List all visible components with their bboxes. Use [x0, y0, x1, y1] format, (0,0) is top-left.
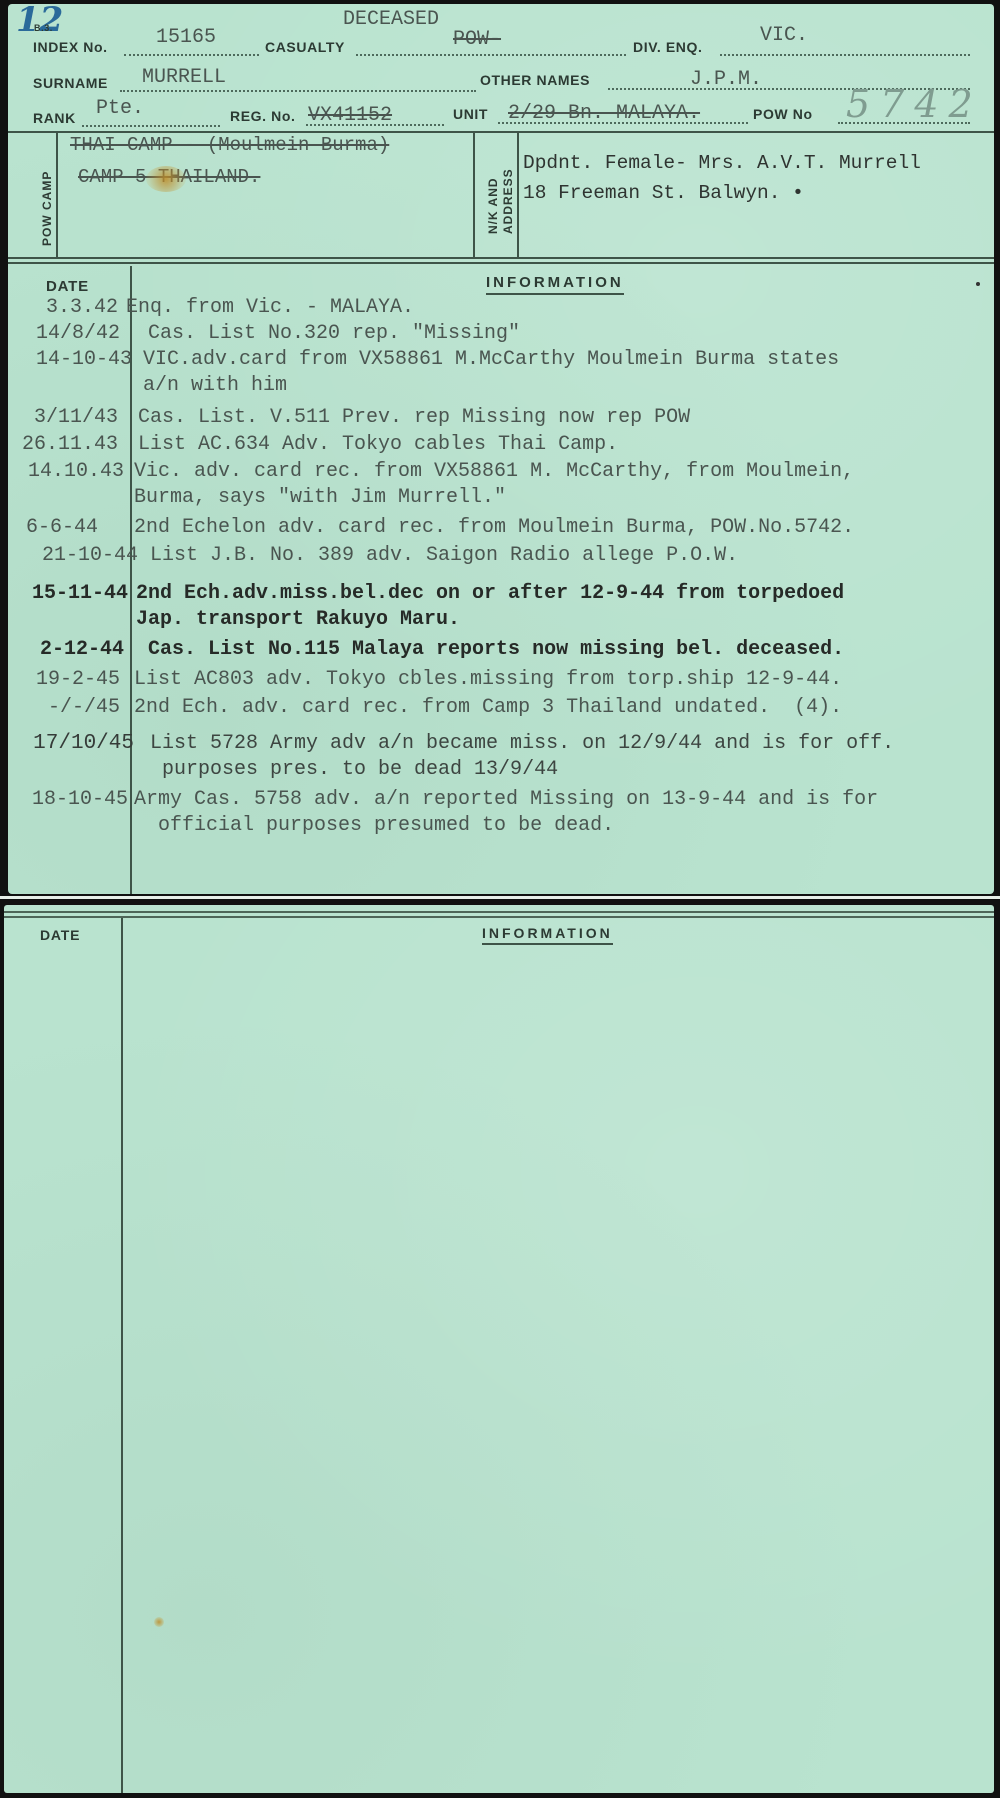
entry-text: 2nd Ech.adv.miss.bel.dec on or after 12-…	[136, 582, 844, 605]
ink-dot	[976, 282, 980, 286]
reg-no-value: VX41152	[308, 104, 392, 127]
entry-date: 15-11-44	[32, 582, 128, 605]
index-no-label: INDEX No.	[33, 39, 108, 55]
entry-text: Cas. List No.115 Malaya reports now miss…	[136, 638, 844, 661]
reg-no-label: REG. No.	[230, 108, 295, 124]
nk-address-label-line2: ADDRESS	[501, 168, 515, 234]
entry-text: Cas. List No.320 rep. "Missing"	[136, 322, 520, 345]
entry-text: List 5728 Army adv a/n became miss. on 1…	[138, 732, 894, 755]
entry-text: Jap. transport Rakuyo Maru.	[136, 608, 460, 631]
handwritten-corner-mark: 12	[16, 0, 63, 40]
pow-camp-label-divider	[56, 133, 58, 259]
nk-address-label-divider	[517, 133, 519, 259]
entry-date: 14/8/42	[36, 322, 120, 345]
entry-text: List AC803 adv. Tokyo cbles.missing from…	[134, 668, 842, 691]
casualty-value-struck: POW-	[453, 28, 501, 51]
entry-text: official purposes presumed to be dead.	[134, 814, 614, 837]
entry-text: Army Cas. 5758 adv. a/n reported Missing…	[134, 788, 878, 811]
casualty-dotted-line	[356, 54, 626, 56]
entry-date: 19-2-45	[36, 668, 120, 691]
entry-text: 2nd Ech. adv. card rec. from Camp 3 Thai…	[134, 696, 842, 719]
date-info-divider	[121, 918, 123, 1793]
entry-text: VIC.adv.card from VX58861 M.McCarthy Mou…	[143, 348, 839, 371]
entry-date: 18-10-45	[32, 788, 128, 811]
entry-date: -/-/45	[48, 696, 120, 719]
entry-text: List J.B. No. 389 adv. Saigon Radio alle…	[138, 544, 738, 567]
stain-mark	[146, 166, 186, 192]
rank-value: Pte.	[96, 97, 144, 120]
entry-date: 6-6-44	[26, 516, 98, 539]
date-column-header: DATE	[40, 927, 80, 943]
pow-no-label: POW No	[753, 106, 813, 122]
surname-label: SURNAME	[33, 75, 108, 91]
div-enq-value: VIC.	[760, 24, 808, 47]
top-double-rule-1	[4, 911, 994, 913]
entry-text: Vic. adv. card rec. from VX58861 M. McCa…	[134, 460, 854, 483]
entry-text: List AC.634 Adv. Tokyo cables Thai Camp.	[138, 433, 618, 456]
other-names-value: J.P.M.	[690, 68, 762, 91]
entry-date: 17/10/45	[33, 732, 134, 755]
entry-date: 21-10-44	[42, 544, 138, 567]
entry-date: 14.10.43	[28, 460, 124, 483]
entry-date: 14-10-43	[36, 348, 132, 371]
casualty-label: CASUALTY	[265, 39, 345, 55]
nk-address-left-divider	[473, 133, 475, 259]
information-column-header: INFORMATION	[482, 925, 613, 945]
surname-value: MURRELL	[142, 66, 226, 89]
surname-dotted-line	[120, 90, 476, 92]
index-no-value: 15165	[156, 26, 216, 49]
section-double-rule-top	[8, 257, 994, 259]
entry-date: 2-12-44	[40, 638, 124, 661]
div-enq-dotted-line	[720, 54, 970, 56]
div-enq-label: DIV. ENQ.	[633, 39, 702, 55]
other-names-label: OTHER NAMES	[480, 72, 590, 88]
top-double-rule-2	[4, 916, 994, 918]
entry-text: Burma, says "with Jim Murrell."	[134, 486, 506, 509]
header-rule	[8, 131, 994, 133]
entry-date: 3.3.42	[46, 296, 118, 319]
stain-mark	[154, 1617, 164, 1627]
unit-label: UNIT	[453, 106, 488, 122]
service-record-card-back: DATE INFORMATION	[4, 905, 994, 1793]
printed-corner-code: B.3.	[34, 23, 53, 33]
information-column-header: INFORMATION	[486, 274, 624, 295]
pow-camp-line-1: THAI CAMP - (Moulmein Burma)	[70, 134, 389, 156]
entry-date: 3/11/43	[34, 406, 118, 429]
date-column-header: DATE	[46, 278, 89, 295]
rank-label: RANK	[33, 110, 76, 126]
card-separator	[0, 896, 1000, 899]
entry-text: purposes pres. to be dead 13/9/44	[138, 758, 558, 781]
entry-text: Enq. from Vic. - MALAYA.	[126, 296, 414, 319]
pow-no-value-handwritten: 5742	[846, 82, 983, 126]
entry-text: 2nd Echelon adv. card rec. from Moulmein…	[134, 516, 854, 539]
casualty-value-deceased: DECEASED	[343, 8, 439, 31]
rank-dotted-line	[82, 125, 220, 127]
entry-date: 26.11.43	[22, 433, 118, 456]
section-double-rule-bottom	[8, 262, 994, 264]
entry-text: Cas. List. V.511 Prev. rep Missing now r…	[138, 406, 690, 429]
service-record-card-front: 12 B.3. INDEX No. 15165 CASUALTY DECEASE…	[8, 4, 994, 894]
unit-value: 2/29 Bn. MALAYA.	[508, 102, 700, 125]
index-no-dotted-line	[124, 54, 259, 56]
pow-camp-label: POW CAMP	[40, 171, 54, 246]
nk-address-line-1: Dpdnt. Female- Mrs. A.V.T. Murrell	[523, 152, 921, 174]
entry-text: a/n with him	[143, 374, 287, 397]
nk-address-line-2: 18 Freeman St. Balwyn. •	[523, 182, 804, 204]
nk-address-label-line1: N/K AND	[486, 177, 500, 234]
